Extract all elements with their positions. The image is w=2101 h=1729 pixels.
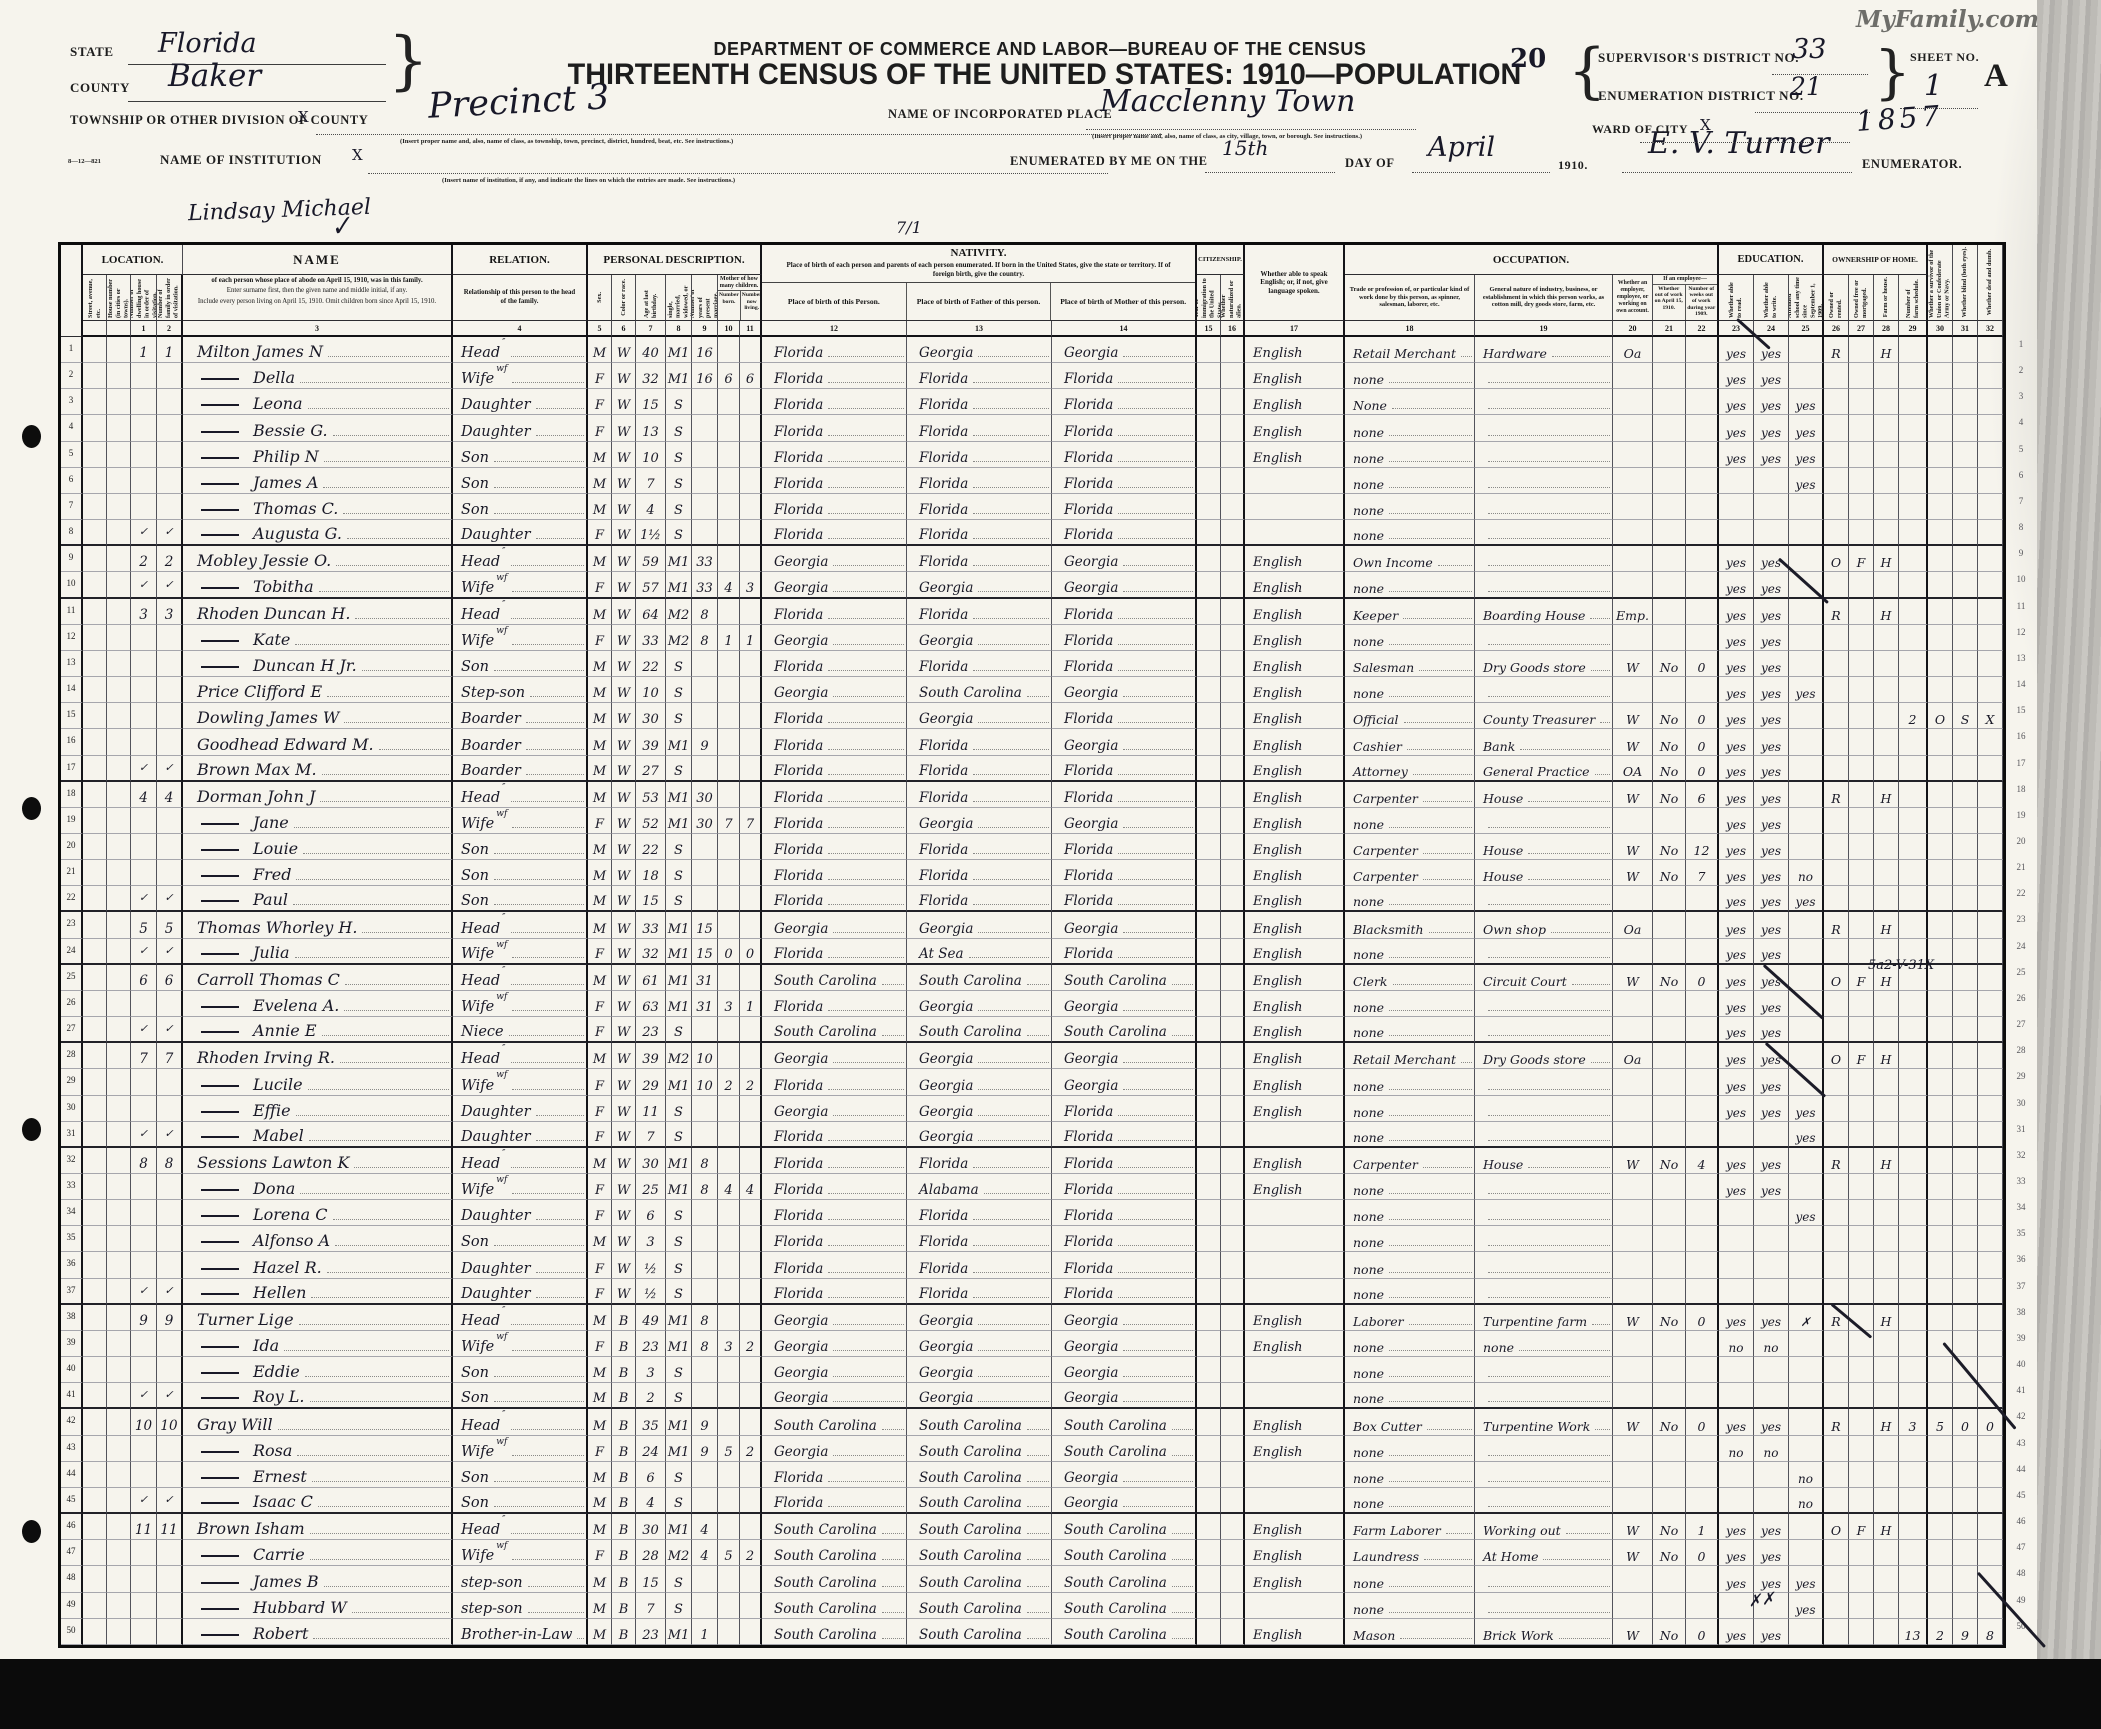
right-line-number: 6	[2008, 465, 2034, 491]
col-ym	[692, 886, 718, 912]
col-nat	[1221, 1226, 1245, 1252]
col-x31	[1953, 1148, 1978, 1174]
col-fam	[157, 1436, 183, 1462]
col-street	[83, 703, 107, 729]
col-wr: yes	[1754, 991, 1789, 1017]
col-pf: Georgia	[907, 1122, 1052, 1148]
col-wr: yes	[1754, 389, 1789, 415]
col-house	[107, 1566, 131, 1592]
col-ym: 4	[692, 1540, 718, 1566]
col-name: Fred	[183, 860, 453, 886]
col-cb	[718, 1514, 740, 1540]
ink-cross-marks: ✗✗	[1747, 1588, 1776, 1611]
colnum-employer: 20	[1613, 321, 1653, 337]
col-nat	[1221, 860, 1245, 886]
col-ow: No	[1653, 834, 1686, 860]
col-x32	[1978, 912, 2003, 938]
col-age: 18	[636, 860, 666, 886]
col-age: 29	[636, 1069, 666, 1095]
col-en: English	[1245, 991, 1345, 1017]
col-ln: 20	[61, 834, 83, 860]
col-ln: 2	[61, 363, 83, 389]
col-pb: Florida	[762, 1148, 907, 1174]
col-wr: yes	[1754, 834, 1789, 860]
weeks-out-label: Number of weeks out of work during year …	[1685, 285, 1718, 320]
colnum-english: 17	[1245, 321, 1345, 337]
group-occupation: OCCUPATION.	[1345, 245, 1719, 275]
col-x31	[1953, 1200, 1978, 1226]
col-age: 4	[636, 1488, 666, 1514]
col-name: Roy L.	[183, 1383, 453, 1409]
col-cb	[718, 703, 740, 729]
col-cr: W	[612, 1200, 636, 1226]
col-fam: ✓	[157, 756, 183, 782]
col-dw	[131, 1436, 157, 1462]
col-wr	[1754, 1279, 1789, 1305]
col-emp	[1613, 886, 1653, 912]
right-line-number: 24	[2008, 936, 2034, 962]
col-house	[107, 337, 131, 363]
col-ind: Turpentine Work	[1475, 1409, 1613, 1435]
col-x31	[1953, 912, 1978, 938]
col-wr: yes	[1754, 1305, 1789, 1331]
col-o27	[1849, 1540, 1874, 1566]
col-house	[107, 1279, 131, 1305]
col-sx: M	[588, 1409, 612, 1435]
col-ln: 48	[61, 1566, 83, 1592]
col-fam: 3	[157, 599, 183, 625]
col-sx: M	[588, 494, 612, 520]
col-ow	[1653, 468, 1686, 494]
col-rd: yes	[1719, 546, 1754, 572]
col-nat	[1221, 1331, 1245, 1357]
col-imm	[1197, 1514, 1221, 1540]
col-o27	[1849, 1200, 1874, 1226]
col-street	[83, 389, 107, 415]
col-ln: 7	[61, 494, 83, 520]
col-pb: Georgia	[762, 572, 907, 598]
col-sc: yes	[1789, 886, 1824, 912]
col-imm	[1197, 729, 1221, 755]
col-nat	[1221, 599, 1245, 625]
col-street	[83, 651, 107, 677]
col-wk	[1686, 468, 1719, 494]
col-imm	[1197, 572, 1221, 598]
colnum-street	[83, 321, 107, 337]
color-race-label: Color or race.	[612, 275, 636, 321]
col-ln: 49	[61, 1593, 83, 1619]
col-rd: yes	[1719, 1148, 1754, 1174]
col-sx: M	[588, 965, 612, 991]
col-nat	[1221, 442, 1245, 468]
col-pb: South Carolina	[762, 1514, 907, 1540]
col-street	[83, 834, 107, 860]
col-age: 15	[636, 886, 666, 912]
col-rd: yes	[1719, 808, 1754, 834]
col-en	[1245, 494, 1345, 520]
col-pm: Georgia	[1052, 912, 1197, 938]
enumerated-year: 1910.	[1558, 158, 1588, 173]
col-x30	[1928, 651, 1953, 677]
col-pf: Georgia	[907, 808, 1052, 834]
col-fam	[157, 1357, 183, 1383]
col-ym	[692, 1357, 718, 1383]
col-house	[107, 677, 131, 703]
col-ln: 34	[61, 1200, 83, 1226]
col-x31	[1953, 1279, 1978, 1305]
col-x30	[1928, 1122, 1953, 1148]
col-cr: W	[612, 468, 636, 494]
right-line-number: 18	[2008, 779, 2034, 805]
col-ym	[692, 1488, 718, 1514]
col-x32	[1978, 1540, 2003, 1566]
col-house	[107, 363, 131, 389]
col-sc: yes	[1789, 1096, 1824, 1122]
group-education: EDUCATION.	[1719, 245, 1824, 275]
col-ow: No	[1653, 703, 1686, 729]
col-pf: South Carolina	[907, 965, 1052, 991]
col-street	[83, 1566, 107, 1592]
col-tr: none	[1345, 939, 1475, 965]
col-x30	[1928, 1174, 1953, 1200]
col-ln: 44	[61, 1462, 83, 1488]
col-ow	[1653, 1174, 1686, 1200]
col-cr: B	[612, 1331, 636, 1357]
col-mar: M1	[666, 546, 692, 572]
col-wk	[1686, 494, 1719, 520]
col-ow: No	[1653, 651, 1686, 677]
hole-punch	[22, 1520, 41, 1543]
col-en: English	[1245, 1566, 1345, 1592]
col-ow: No	[1653, 1305, 1686, 1331]
col-wr: yes	[1754, 572, 1789, 598]
col-ln: 14	[61, 677, 83, 703]
col-o26: R	[1824, 337, 1849, 363]
col-tr: Official	[1345, 703, 1475, 729]
col-fam: 8	[157, 1148, 183, 1174]
colnum-pob-mother: 14	[1052, 321, 1197, 337]
colnum-deaf: 32	[1978, 321, 2003, 337]
col-o29	[1899, 677, 1928, 703]
col-cr: B	[612, 1357, 636, 1383]
col-rd	[1719, 1226, 1754, 1252]
col-street	[83, 1043, 107, 1069]
col-pf: Florida	[907, 651, 1052, 677]
col-pm: South Carolina	[1052, 1017, 1197, 1043]
col-pf: South Carolina	[907, 677, 1052, 703]
colnum-survivor: 30	[1928, 321, 1953, 337]
col-emp	[1613, 546, 1653, 572]
col-age: 27	[636, 756, 666, 782]
col-x30: 2	[1928, 1619, 1953, 1645]
col-ln: 27	[61, 1017, 83, 1043]
colnum-nat: 16	[1221, 321, 1245, 337]
col-pb: Georgia	[762, 912, 907, 938]
col-imm	[1197, 991, 1221, 1017]
col-o27	[1849, 756, 1874, 782]
col-name: Bessie G.	[183, 415, 453, 441]
age-label: Age at last birthday.	[636, 275, 666, 321]
col-ind	[1475, 1357, 1613, 1383]
col-ym: 8	[692, 1305, 718, 1331]
col-tr: none	[1345, 1357, 1475, 1383]
col-imm	[1197, 1279, 1221, 1305]
col-sc	[1789, 912, 1824, 938]
col-pm: Georgia	[1052, 1069, 1197, 1095]
col-pm: Florida	[1052, 599, 1197, 625]
col-house	[107, 1096, 131, 1122]
col-pm: Florida	[1052, 1200, 1197, 1226]
col-x30	[1928, 834, 1953, 860]
col-nat	[1221, 1279, 1245, 1305]
col-o27	[1849, 442, 1874, 468]
col-cl: 1	[740, 991, 762, 1017]
right-line-number: 48	[2008, 1563, 2034, 1589]
col-wr: no	[1754, 1436, 1789, 1462]
col-pm: Florida	[1052, 1174, 1197, 1200]
col-cb	[718, 1226, 740, 1252]
col-emp: W	[1613, 1514, 1653, 1540]
col-pb: Florida	[762, 468, 907, 494]
col-o26	[1824, 1200, 1849, 1226]
col-ow	[1653, 1279, 1686, 1305]
col-name: Philip N	[183, 442, 453, 468]
col-ln: 6	[61, 468, 83, 494]
col-en: English	[1245, 1017, 1345, 1043]
col-street	[83, 912, 107, 938]
col-o27	[1849, 625, 1874, 651]
col-x32: 8	[1978, 1619, 2003, 1645]
col-rel: Boarder	[453, 756, 588, 782]
col-name: Leona	[183, 389, 453, 415]
col-wk	[1686, 677, 1719, 703]
col-pm: Florida	[1052, 1122, 1197, 1148]
colnum-age: 7	[636, 321, 666, 337]
col-sc	[1789, 703, 1824, 729]
right-line-number: 10	[2008, 569, 2034, 595]
col-o27	[1849, 415, 1874, 441]
col-pb: Florida	[762, 389, 907, 415]
col-nat	[1221, 494, 1245, 520]
col-wr: yes	[1754, 415, 1789, 441]
col-x32	[1978, 1122, 2003, 1148]
right-line-number: 33	[2008, 1171, 2034, 1197]
col-ln: 1	[61, 337, 83, 363]
col-house	[107, 1017, 131, 1043]
col-x31	[1953, 808, 1978, 834]
col-ln: 16	[61, 729, 83, 755]
col-o29	[1899, 1488, 1928, 1514]
col-x32: 0	[1978, 1409, 2003, 1435]
col-pb: Florida	[762, 729, 907, 755]
col-o27	[1849, 1096, 1874, 1122]
col-ind: Circuit Court	[1475, 965, 1613, 991]
col-o28	[1874, 1252, 1899, 1278]
col-rd	[1719, 1279, 1754, 1305]
colnum-rel: 4	[453, 321, 588, 337]
col-ind	[1475, 520, 1613, 546]
col-cr: W	[612, 834, 636, 860]
col-o27	[1849, 468, 1874, 494]
col-pm: Georgia	[1052, 1305, 1197, 1331]
col-o26	[1824, 756, 1849, 782]
col-cl	[740, 494, 762, 520]
col-rd: yes	[1719, 782, 1754, 808]
col-street	[83, 808, 107, 834]
col-cr: W	[612, 991, 636, 1017]
col-wk: 1	[1686, 1514, 1719, 1540]
col-wr: yes	[1754, 1096, 1789, 1122]
right-line-number: 28	[2008, 1040, 2034, 1066]
col-pb: Florida	[762, 1226, 907, 1252]
col-ow	[1653, 1017, 1686, 1043]
col-emp	[1613, 1174, 1653, 1200]
col-tr: none	[1345, 1226, 1475, 1252]
col-pf: Georgia	[907, 337, 1052, 363]
col-emp: W	[1613, 729, 1653, 755]
col-sx: M	[588, 677, 612, 703]
col-sx: F	[588, 625, 612, 651]
col-ind	[1475, 1017, 1613, 1043]
col-cl: 6	[740, 363, 762, 389]
col-o26: O	[1824, 546, 1849, 572]
col-ym: 30	[692, 782, 718, 808]
col-ow	[1653, 415, 1686, 441]
col-rel: Wifewf	[453, 939, 588, 965]
col-imm	[1197, 1252, 1221, 1278]
col-street	[83, 442, 107, 468]
col-en: English	[1245, 337, 1345, 363]
col-rel: Wifewf	[453, 1540, 588, 1566]
col-street	[83, 1619, 107, 1645]
col-street	[83, 677, 107, 703]
col-wk	[1686, 1096, 1719, 1122]
col-x30	[1928, 1252, 1953, 1278]
col-wk: 0	[1686, 1540, 1719, 1566]
col-cr: W	[612, 442, 636, 468]
col-mar: M1	[666, 363, 692, 389]
col-age: 15	[636, 389, 666, 415]
col-o27	[1849, 677, 1874, 703]
col-pf: South Carolina	[907, 1540, 1052, 1566]
col-sx: F	[588, 1279, 612, 1305]
col-age: 10	[636, 677, 666, 703]
col-x30	[1928, 1148, 1953, 1174]
col-ind	[1475, 1226, 1613, 1252]
col-o29	[1899, 808, 1928, 834]
col-ind	[1475, 677, 1613, 703]
col-nat	[1221, 389, 1245, 415]
marital-label: Whether single, married, widowed, or div…	[666, 275, 692, 321]
col-rel: Wifewf	[453, 1069, 588, 1095]
col-nat	[1221, 1017, 1245, 1043]
col-wk	[1686, 1566, 1719, 1592]
col-ym: 33	[692, 546, 718, 572]
col-x30	[1928, 468, 1953, 494]
col-emp	[1613, 1252, 1653, 1278]
col-dw: 11	[131, 1514, 157, 1540]
col-cl	[740, 677, 762, 703]
col-x31	[1953, 1566, 1978, 1592]
col-cl	[740, 1409, 762, 1435]
col-mar: M1	[666, 912, 692, 938]
col-name: Hubbard W	[183, 1593, 453, 1619]
col-pm: South Carolina	[1052, 1409, 1197, 1435]
col-wk	[1686, 442, 1719, 468]
col-ym: 8	[692, 1148, 718, 1174]
col-cl	[740, 1096, 762, 1122]
col-ow	[1653, 808, 1686, 834]
col-mar: S	[666, 1462, 692, 1488]
col-nat	[1221, 625, 1245, 651]
col-o26	[1824, 442, 1849, 468]
col-name: James A	[183, 468, 453, 494]
col-emp: W	[1613, 1619, 1653, 1645]
col-dw	[131, 1200, 157, 1226]
col-wr: yes	[1754, 546, 1789, 572]
col-pm: Florida	[1052, 1226, 1197, 1252]
col-o28: H	[1874, 1409, 1899, 1435]
col-sc	[1789, 756, 1824, 782]
col-age: 30	[636, 703, 666, 729]
col-sx: M	[588, 468, 612, 494]
col-o27	[1849, 912, 1874, 938]
col-x30	[1928, 1514, 1953, 1540]
col-o27	[1849, 1436, 1874, 1462]
col-street	[83, 1409, 107, 1435]
col-cr: B	[612, 1409, 636, 1435]
col-age: 10	[636, 442, 666, 468]
col-age: 3	[636, 1226, 666, 1252]
col-o28	[1874, 1383, 1899, 1409]
col-pm: Florida	[1052, 834, 1197, 860]
col-name: Julia	[183, 939, 453, 965]
col-x30	[1928, 912, 1953, 938]
col-sx: M	[588, 782, 612, 808]
col-x30	[1928, 520, 1953, 546]
col-house	[107, 1514, 131, 1540]
col-pm: Florida	[1052, 886, 1197, 912]
col-pb: Florida	[762, 1462, 907, 1488]
col-dw	[131, 1593, 157, 1619]
supervisor-label: SUPERVISOR'S DISTRICT NO.	[1598, 50, 1799, 66]
col-wk	[1686, 1252, 1719, 1278]
col-cr: W	[612, 625, 636, 651]
children-living-label: Number now living.	[740, 291, 762, 320]
col-tr: none	[1345, 1566, 1475, 1592]
colnum-born: 10	[718, 321, 740, 337]
col-en	[1245, 1122, 1345, 1148]
col-o29	[1899, 1462, 1928, 1488]
col-o28	[1874, 1540, 1899, 1566]
col-ind	[1475, 1174, 1613, 1200]
col-emp: Oa	[1613, 912, 1653, 938]
col-wk	[1686, 1436, 1719, 1462]
col-cr: W	[612, 1069, 636, 1095]
col-imm	[1197, 1069, 1221, 1095]
col-o26	[1824, 1488, 1849, 1514]
colnum-marital: 8	[666, 321, 692, 337]
col-nat	[1221, 1514, 1245, 1540]
col-cb	[718, 468, 740, 494]
col-ln: 32	[61, 1148, 83, 1174]
col-cb	[718, 1122, 740, 1148]
col-dw: 3	[131, 599, 157, 625]
col-tr: Attorney	[1345, 756, 1475, 782]
col-sc: yes	[1789, 1566, 1824, 1592]
col-house	[107, 494, 131, 520]
col-sc	[1789, 337, 1824, 363]
